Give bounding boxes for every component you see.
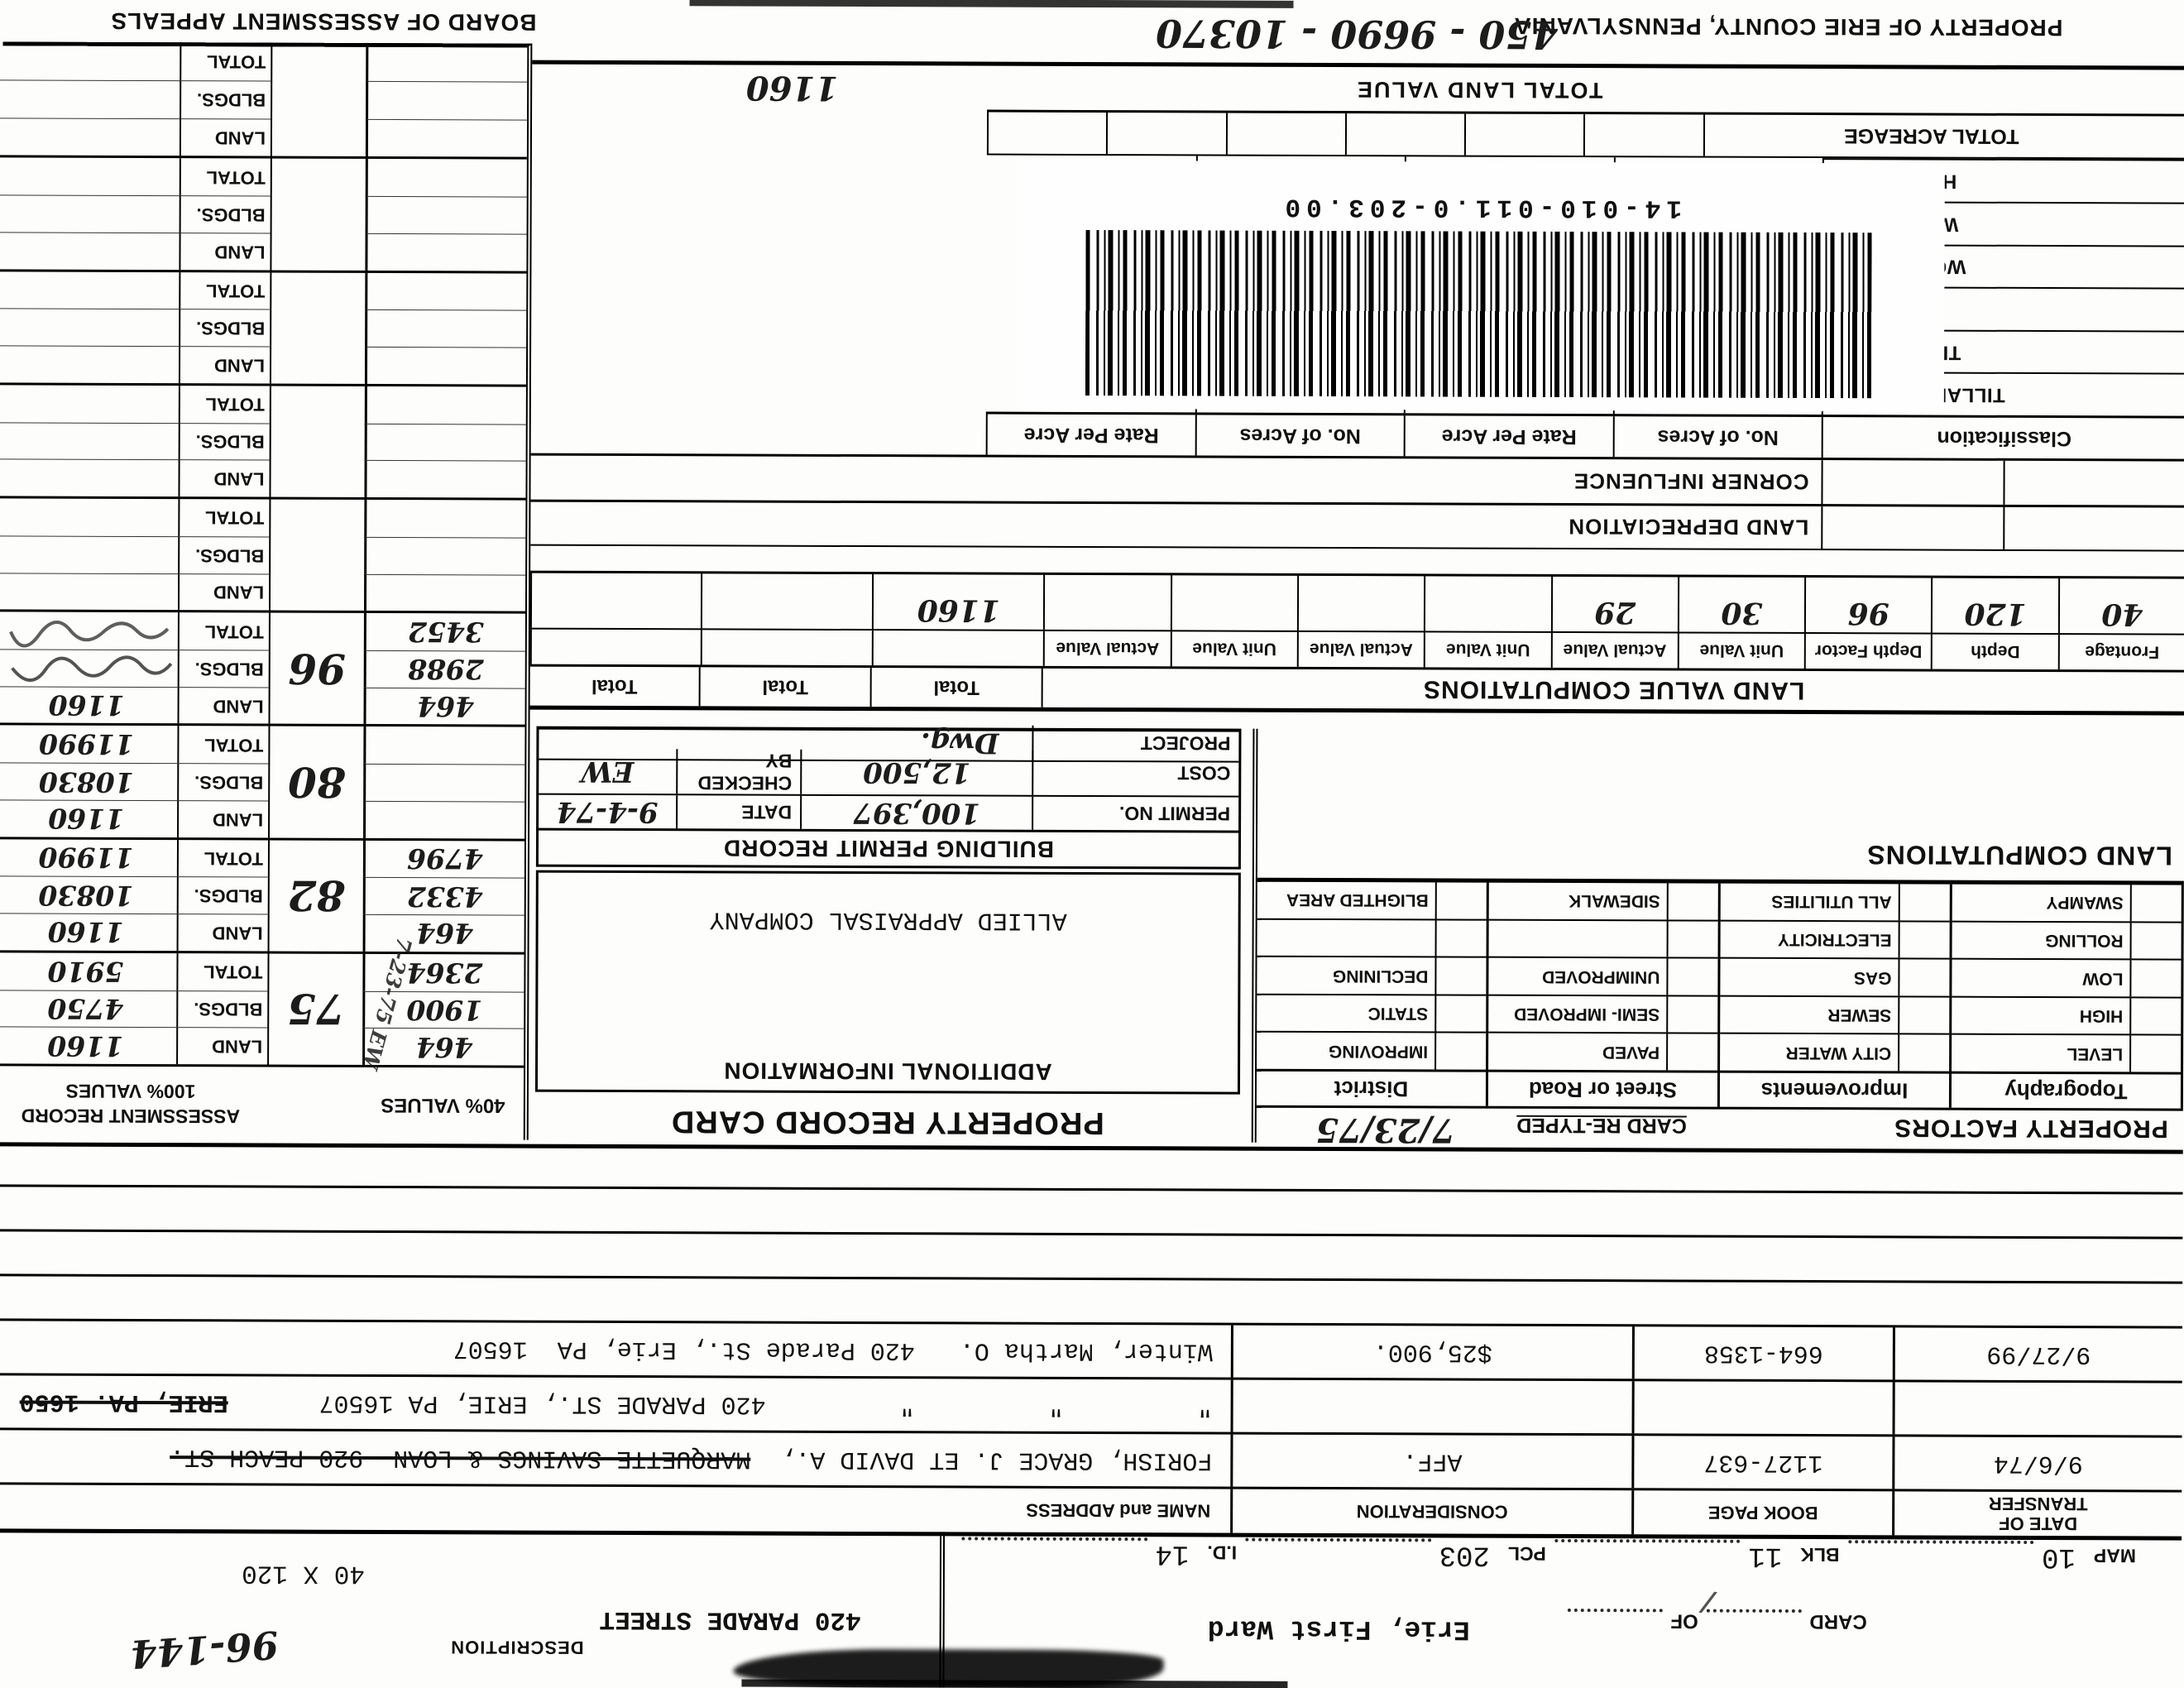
factor-checkbox [2130, 923, 2182, 959]
card-retyped-label: CARD RE-TYPED [1516, 1113, 1687, 1138]
property-of-line: PROPERTY OF ERIE COUNTY, PENNSYLVANIA [1513, 12, 2062, 41]
assessment-group: LAND BLDGS. TOTAL [0, 496, 525, 611]
grid-cell [1464, 114, 1583, 156]
permit-cost-value: 12,500 [863, 755, 970, 789]
factors-item-row: BLIGHTED AREA [1257, 882, 1487, 919]
factor-label: SIDEWALK [1489, 883, 1667, 919]
transfer-date [1893, 1382, 2182, 1435]
value-40pct: 3452 [408, 616, 484, 648]
property-record-card-sheet: 96-144 CARD OF / Erie, First Ward MAP 10… [0, 0, 2184, 1688]
grid-cell [1821, 460, 2003, 505]
lot-size-value: 40 X 120 [242, 1558, 365, 1588]
factor-label: BLIGHTED AREA [1257, 882, 1435, 918]
row-label-total: TOTAL [180, 42, 271, 80]
classification-rows: TILLABLE LANDTILLABLE LPASTUREWOODLANDWA… [986, 156, 2184, 416]
row-label-bldgs: BLDGS. [180, 195, 271, 233]
factor-checkbox [1666, 1034, 1717, 1071]
value-40pct: 464 [417, 690, 474, 722]
transfer-empty-row [0, 1184, 2183, 1236]
grid-cell [1106, 113, 1225, 155]
classification-header: Classification [1822, 417, 2184, 459]
additional-information-box: ADDITIONAL INFORMATION ALLIED APPRAISAL … [535, 870, 1241, 1095]
permit-date-label: DATE [676, 795, 800, 829]
id-value: 14 [1155, 1537, 1189, 1569]
scribble-mark [0, 608, 178, 685]
land-adjustment-rows: LAND DEPRECIATION CORNER INFLUENCE [530, 453, 2184, 552]
factors-column: Improvements CITY WATER SEWER GAS ELECTR… [1720, 884, 1952, 1108]
lvc-values-row: 401209630291160 [530, 572, 2184, 634]
map-label: MAP [2094, 1541, 2136, 1566]
land-computations-title: LAND COMPUTATIONS [1866, 839, 2172, 870]
lvc-col-header-empty [530, 630, 701, 665]
lvc-total-header: Total [701, 667, 872, 707]
row-label-land: LAND [177, 914, 268, 951]
value-40pct: 4796 [407, 843, 483, 875]
transfer-consideration [1231, 1380, 1632, 1434]
dotted-leader [1707, 1609, 1802, 1628]
record-card-title: PROPERTY RECORD CARD [524, 1103, 1252, 1141]
factor-label: ELECTRICITY [1721, 921, 1899, 957]
factor-label: SEMI- IMPROVED [1488, 995, 1666, 1032]
map-value: 10 [2042, 1541, 2076, 1572]
scanned-card-stage: 96-144 CARD OF / Erie, First Ward MAP 10… [0, 0, 2184, 1688]
transfer-name-text: FORISH, GRACE J. ET DAVID A., [750, 1445, 1212, 1475]
assessment-group: LAND BLDGS. TOTAL [0, 269, 526, 384]
grid-cell [1821, 506, 2003, 549]
transfer-empty-row [0, 1229, 2182, 1281]
assessment-record-section: 40% VALUES ASSESSMENT RECORD 100% VALUES… [0, 41, 532, 1139]
transfer-rows: 9/6/74 1127-637 AFF. FORISH, GRACE J. ET… [0, 1318, 2182, 1489]
land-depreciation-row: LAND DEPRECIATION [530, 500, 2184, 552]
value-100pct: 1160 [48, 803, 124, 835]
lvc-col-header: Actual Value [1297, 632, 1424, 668]
lvc-value: 96 [1848, 596, 1889, 631]
value-40pct: 464 [416, 1031, 473, 1063]
factor-checkbox [1898, 960, 1949, 996]
factor-label [1257, 919, 1435, 956]
row-label-total: TOTAL [180, 159, 271, 196]
row-label-land: LAND [178, 459, 269, 496]
factors-item-row: GAS [1720, 957, 1949, 996]
factors-item-row: LEVEL [1952, 1033, 2181, 1072]
street-value: 420 PARADE STREET [599, 1604, 860, 1634]
parcel-id-line: MAP 10 BLK 11 PCL 203 I.D. 14 [953, 1537, 2136, 1580]
assessment-group: LAND BLDGS. TOTAL [0, 156, 527, 271]
dotted-leader [1848, 1540, 2034, 1559]
building-permit-title: BUILDING PERMIT RECORD [539, 828, 1238, 867]
permit-no-label: PERMIT NO. [1032, 797, 1238, 831]
lvc-col-header: Actual Value [1550, 633, 1677, 669]
transfer-book-page: 1127-637 [1631, 1436, 1892, 1489]
lvc-value: 30 [1721, 596, 1762, 631]
barcode-sticker: 14-010-011.0-203.00 [1016, 161, 1945, 412]
factor-checkbox [2129, 961, 2181, 997]
total-land-value-amount: 1160 [746, 69, 838, 108]
pcl-value: 203 [1439, 1538, 1490, 1570]
grid-cell [1345, 113, 1464, 156]
dotted-leader [1554, 1539, 1741, 1558]
lvc-col-header: Unit Value [1170, 631, 1296, 667]
row-label-land: LAND [178, 573, 269, 611]
factors-item-row: ROLLING [1952, 920, 2182, 959]
transfer-empty-row [0, 1273, 2182, 1326]
row-label-bldgs: BLDGS. [180, 80, 271, 118]
factors-item-row: LOW [1952, 958, 2181, 997]
row-label-bldgs: BLDGS. [179, 309, 270, 347]
value-40pct: 464 [416, 918, 473, 950]
factors-item-row: DECLINING [1257, 956, 1486, 995]
property-factors-title-row: PROPERTY FACTORS CARD RE-TYPED 7/23/75 [1257, 1108, 2183, 1146]
value-100pct: 10830 [39, 765, 134, 798]
land-depreciation-label: LAND DEPRECIATION [1568, 514, 1808, 540]
row-label-bldgs: BLDGS. [177, 763, 268, 800]
factors-item-row: IMPROVING [1257, 1031, 1486, 1070]
assessment-headers: 40% VALUES ASSESSMENT RECORD 100% VALUES [0, 1063, 524, 1139]
value-100pct: 11990 [38, 842, 133, 874]
factor-checkbox [1667, 883, 1718, 919]
row-label-land: LAND [180, 118, 271, 156]
grid-cell [1583, 114, 1703, 156]
factors-item-row [1489, 918, 1718, 957]
lvc-col-header: Depth Factor [1804, 634, 1931, 669]
factors-item-row: PAVED [1488, 1032, 1717, 1071]
value-100pct: 4750 [47, 993, 123, 1025]
row-label-total: TOTAL [176, 953, 267, 990]
permit-row: COST 12,500 CHECKED BY EW [539, 759, 1238, 796]
permit-project-label: PROJECT [1032, 726, 1238, 761]
lvc-col-header: Depth [1931, 635, 2057, 670]
transfer-empty-row [0, 1139, 2183, 1192]
assessment-group: 464 82 LAND 1160 4332 BLDGS. 10830 4796 … [0, 837, 524, 952]
transfer-date: 9/27/99 [1893, 1327, 2182, 1380]
factor-label: UNIMPROVED [1488, 958, 1666, 995]
factor-checkbox [1666, 959, 1717, 995]
factors-column: Street or Road PAVED SEMI- IMPROVED UNIM… [1488, 883, 1721, 1107]
transfer-consideration: $25,900. [1231, 1326, 1632, 1379]
lvc-col-header-empty [701, 630, 872, 665]
card-retyped-date-handwritten: 7/23/75 [1315, 1110, 1455, 1150]
classification-header-row: Classification No. of Acres Rate Per Acr… [986, 412, 2184, 459]
barcode-number: 14-010-011.0-203.00 [1017, 191, 1945, 223]
lvc-col-header-empty [872, 631, 1043, 666]
lvc-value: 40 [2101, 597, 2143, 631]
transfer-header-name: NAME and ADDRESS [0, 1484, 1230, 1532]
barcode [1085, 230, 1872, 398]
factor-checkbox [1666, 996, 1717, 1033]
permit-no-value: 100,397 [853, 796, 980, 830]
value-40pct: 2988 [408, 653, 484, 685]
factor-label: STATIC [1257, 995, 1434, 1032]
row-label-land: LAND [176, 1027, 267, 1064]
classification-header: No. of Acres [1195, 415, 1404, 456]
row-label-land: LAND [179, 346, 270, 383]
transfer-row: 9/6/74 1127-637 AFF. FORISH, GRACE J. ET… [0, 1427, 2182, 1489]
total-acreage-row: TOTAL ACREAGE [987, 110, 2184, 160]
value-100pct: 1160 [47, 1029, 123, 1062]
assessment-group: LAND BLDGS. TOTAL [0, 42, 527, 157]
factor-checkbox [1899, 922, 1950, 958]
board-of-assessment-line: BOARD OF ASSESSMENT APPEALS [110, 7, 536, 36]
factor-label: PAVED [1488, 1033, 1666, 1070]
description-label: DESCRIPTION [450, 1636, 583, 1658]
transfer-right-note: ERIE, PA. 1650 [20, 1388, 228, 1417]
land-value-computations-table: LAND VALUE COMPUTATIONS Total Total Tota… [530, 571, 2184, 716]
appraisal-company: ALLIED APPRAISAL COMPANY [539, 904, 1238, 935]
permit-row: PERMIT NO. 100,397 DATE 9-4-74 [539, 794, 1238, 831]
transfer-book-page: 664-1358 [1632, 1326, 1893, 1379]
ward-value: Erie, First Ward [1208, 1613, 1470, 1644]
grid-cell [2003, 461, 2184, 506]
card-of-line: CARD OF [1559, 1609, 1867, 1642]
lvc-value: 29 [1594, 595, 1636, 630]
lvc-total-header: Total [530, 667, 701, 707]
building-permit-box: BUILDING PERMIT RECORD PERMIT NO. 100,39… [536, 727, 1242, 870]
total-acreage-cells [987, 113, 1822, 157]
transfer-header-row: DATE OF TRANSFER BOOK PAGE CONSIDERATION… [0, 1482, 2182, 1536]
factor-checkbox [1899, 884, 1950, 920]
hundred-percent-header: 100% VALUES [0, 1078, 267, 1104]
permit-row: PROJECT Dwg. [539, 724, 1238, 761]
row-label-total: TOTAL [177, 727, 268, 764]
total-land-value-row: TOTAL LAND VALUE 1160 [532, 60, 2184, 114]
grid-cell [1225, 113, 1344, 156]
factor-label: SEWER [1720, 996, 1898, 1033]
factor-label: GAS [1720, 959, 1898, 995]
corner-influence-label: CORNER INFLUENCE [1573, 468, 1809, 495]
row-label-total: TOTAL [179, 272, 270, 309]
factors-column-header: District [1257, 1069, 1486, 1106]
transfer-name-text: " " " 420 PARADE ST., ERIE, PA 16507 [318, 1388, 1212, 1420]
blk-value: 11 [1748, 1540, 1782, 1571]
factor-checkbox [2129, 998, 2181, 1034]
value-100pct: 11990 [39, 728, 134, 760]
dotted-leader [1245, 1538, 1431, 1557]
account-numbers-handwritten: 450 - 9690 - 10370 [1156, 11, 1559, 57]
classification-header: No. of Acres [1613, 416, 1822, 458]
assessment-groups: 464 75 LAND 1160 1900 BLDGS. 4750 2364 T… [0, 41, 527, 1065]
transfer-header-date: DATE OF TRANSFER [1892, 1491, 2182, 1536]
row-label-land: LAND [177, 800, 268, 837]
factor-checkbox [1434, 958, 1486, 995]
lvc-value: 1160 [917, 592, 1000, 627]
year-handwritten: 96 [288, 644, 346, 693]
transfer-row: " " " 420 PARADE ST., ERIE, PA 16507ERIE… [0, 1373, 2182, 1435]
factors-column-header: Street or Road [1488, 1070, 1717, 1107]
assessment-group: 80 LAND 1160 BLDGS. 10830 TOTAL 11990 [0, 723, 524, 838]
corner-influence-row: CORNER INFLUENCE [530, 453, 2184, 506]
id-label: I.D. [1207, 1537, 1237, 1563]
value-100pct: 1160 [48, 916, 124, 948]
lvc-total-header: Total [872, 668, 1043, 707]
classification-table: Classification No. of Acres Rate Per Acr… [986, 156, 2184, 459]
year-handwritten: 75 [287, 985, 345, 1033]
factor-label: SWAMPY [1952, 885, 2130, 921]
transfer-name-text: Winter, Martha O. 420 Parade St., Erie, … [453, 1335, 1213, 1365]
property-factors-grid: Topography LEVEL HIGH LOW ROLLING SWAMPY… [1257, 878, 2184, 1111]
row-label-land: LAND [178, 687, 269, 724]
card-label: CARD [1809, 1609, 1866, 1633]
year-handwritten: 80 [288, 758, 346, 807]
factors-item-row: ALL UTILITIES [1721, 884, 1950, 921]
row-label-bldgs: BLDGS. [179, 423, 270, 460]
row-label-bldgs: BLDGS. [176, 990, 267, 1028]
factors-column-header: Topography [1952, 1072, 2181, 1109]
total-acreage-label: TOTAL ACREAGE [1822, 115, 2184, 158]
factors-column: District IMPROVING STATIC DECLINING BLIG… [1257, 882, 1489, 1106]
factors-column-header: Improvements [1720, 1071, 1949, 1108]
grid-cell [2003, 507, 2184, 550]
pcl-label: PCL [1508, 1539, 1546, 1565]
grid-cell [987, 113, 1106, 155]
factor-checkbox [2130, 885, 2182, 921]
factors-item-row: HIGH [1952, 995, 2181, 1034]
factor-label [1489, 920, 1667, 957]
lvc-table-title: LAND VALUE COMPUTATIONS [1043, 669, 2184, 712]
assessment-group: 464 75 LAND 1160 1900 BLDGS. 4750 2364 T… [0, 950, 524, 1065]
factor-label: HIGH [1952, 997, 2129, 1033]
factor-checkbox [1434, 1033, 1486, 1070]
row-label-bldgs: BLDGS. [178, 650, 269, 687]
transfer-name-address: " " " 420 PARADE ST., ERIE, PA 16507ERIE… [0, 1375, 1231, 1431]
factor-label: DECLINING [1257, 957, 1434, 994]
factor-label: ROLLING [1952, 922, 2130, 958]
of-label: OF [1670, 1609, 1698, 1632]
permit-date-value: 9-4-74 [557, 795, 659, 828]
value-40pct: 4332 [407, 880, 483, 913]
property-factors-title: PROPERTY FACTORS [1894, 1113, 2168, 1142]
factors-item-row: STATIC [1257, 994, 1486, 1033]
transfer-table: DATE OF TRANSFER BOOK PAGE CONSIDERATION… [0, 1142, 2183, 1536]
row-label-land: LAND [179, 233, 270, 270]
permit-project-value: Dwg. [921, 726, 999, 759]
factors-item-row [1257, 918, 1487, 957]
transfer-date: 9/6/74 [1892, 1436, 2182, 1489]
lvc-col-header: Frontage [2057, 635, 2184, 670]
row-label-total: TOTAL [178, 499, 269, 536]
transfer-row: 9/27/99 664-1358 $25,900. Winter, Martha… [0, 1318, 2182, 1380]
transfer-name-address: FORISH, GRACE J. ET DAVID A., MARQUETTE … [0, 1430, 1231, 1486]
dotted-leader [1568, 1609, 1663, 1627]
factor-label: LOW [1952, 960, 2129, 996]
factor-checkbox [1898, 997, 1949, 1033]
lvc-header-row: Frontage Depth Depth Factor Unit Value A… [530, 628, 2184, 670]
factors-item-row: UNIMPROVED [1488, 957, 1717, 995]
value-40pct: 2364 [406, 957, 482, 989]
additional-information-label: ADDITIONAL INFORMATION [538, 1057, 1238, 1092]
factor-checkbox [1435, 882, 1487, 918]
factors-column: Topography LEVEL HIGH LOW ROLLING SWAMPY [1952, 885, 2184, 1109]
factor-checkbox [2129, 1036, 2181, 1072]
row-label-total: TOTAL [177, 840, 268, 877]
lvc-col-header: Unit Value [1678, 633, 1804, 669]
transfer-header-book: BOOK PAGE [1631, 1490, 1892, 1535]
value-100pct: 5910 [47, 955, 123, 987]
transfer-header-consideration: CONSIDERATION [1230, 1489, 1631, 1535]
factor-checkbox [1435, 920, 1487, 957]
factor-label: LEVEL [1952, 1035, 2129, 1072]
lvc-col-header: Actual Value [1043, 631, 1170, 667]
value-100pct: 10830 [38, 879, 133, 911]
classification-header: Rate Per Acre [1404, 415, 1613, 457]
lvc-col-header: Unit Value [1424, 632, 1550, 668]
grid-cell [1703, 115, 1822, 157]
transfer-book-page [1632, 1381, 1893, 1434]
transfer-name-address: Winter, Martha O. 420 Parade St., Erie, … [0, 1321, 1231, 1377]
factor-checkbox [1434, 995, 1486, 1032]
factor-label: ALL UTILITIES [1721, 884, 1899, 920]
lvc-value: 120 [1964, 597, 2026, 631]
classification-header: Rate Per Acre [986, 415, 1195, 456]
permit-checked-value: EW [581, 755, 634, 788]
row-label-total: TOTAL [178, 612, 269, 650]
factors-item-row: SEWER [1720, 995, 1949, 1033]
top-identity-strip: 96-144 CARD OF / Erie, First Ward MAP 10… [0, 1528, 2182, 1688]
row-label-total: TOTAL [179, 386, 270, 423]
total-land-value-label: TOTAL LAND VALUE [1219, 67, 1740, 113]
factors-item-row: CITY WATER [1720, 1033, 1949, 1072]
transfer-name-struck: MARQUETTE SAVINGS & LOAN 920 PEACH ST. [170, 1443, 750, 1473]
record-card-panel: PROPERTY RECORD CARD ADDITIONAL INFORMAT… [529, 727, 1258, 1143]
factors-item-row: ELECTRICITY [1721, 919, 1950, 958]
row-label-bldgs: BLDGS. [178, 536, 269, 573]
blk-label: BLK [1800, 1540, 1839, 1566]
factors-item-row: SEMI- IMPROVED [1488, 994, 1717, 1033]
row-label-bldgs: BLDGS. [177, 876, 268, 914]
transfer-consideration: AFF. [1230, 1435, 1631, 1489]
factor-checkbox [1667, 921, 1718, 957]
assessment-group: LAND BLDGS. TOTAL [0, 382, 526, 497]
description-box: DESCRIPTION 420 PARADE STREET 40 X 120 [0, 1528, 945, 1687]
factors-item-row: SIDEWALK [1489, 883, 1718, 920]
value-40pct: 1900 [406, 994, 482, 1026]
value-100pct: 1160 [49, 689, 125, 722]
assessment-record-header: ASSESSMENT RECORD [0, 1103, 267, 1129]
forty-percent-header: 40% VALUES [362, 1093, 524, 1117]
factor-label: CITY WATER [1720, 1034, 1898, 1071]
dotted-leader [961, 1537, 1147, 1556]
factors-item-row: SWAMPY [1952, 885, 2182, 922]
factor-checkbox [1898, 1035, 1949, 1072]
year-handwritten: 82 [287, 871, 345, 920]
lvc-title-row: LAND VALUE COMPUTATIONS Total Total Tota… [530, 664, 2184, 712]
factor-label: IMPROVING [1257, 1033, 1434, 1069]
